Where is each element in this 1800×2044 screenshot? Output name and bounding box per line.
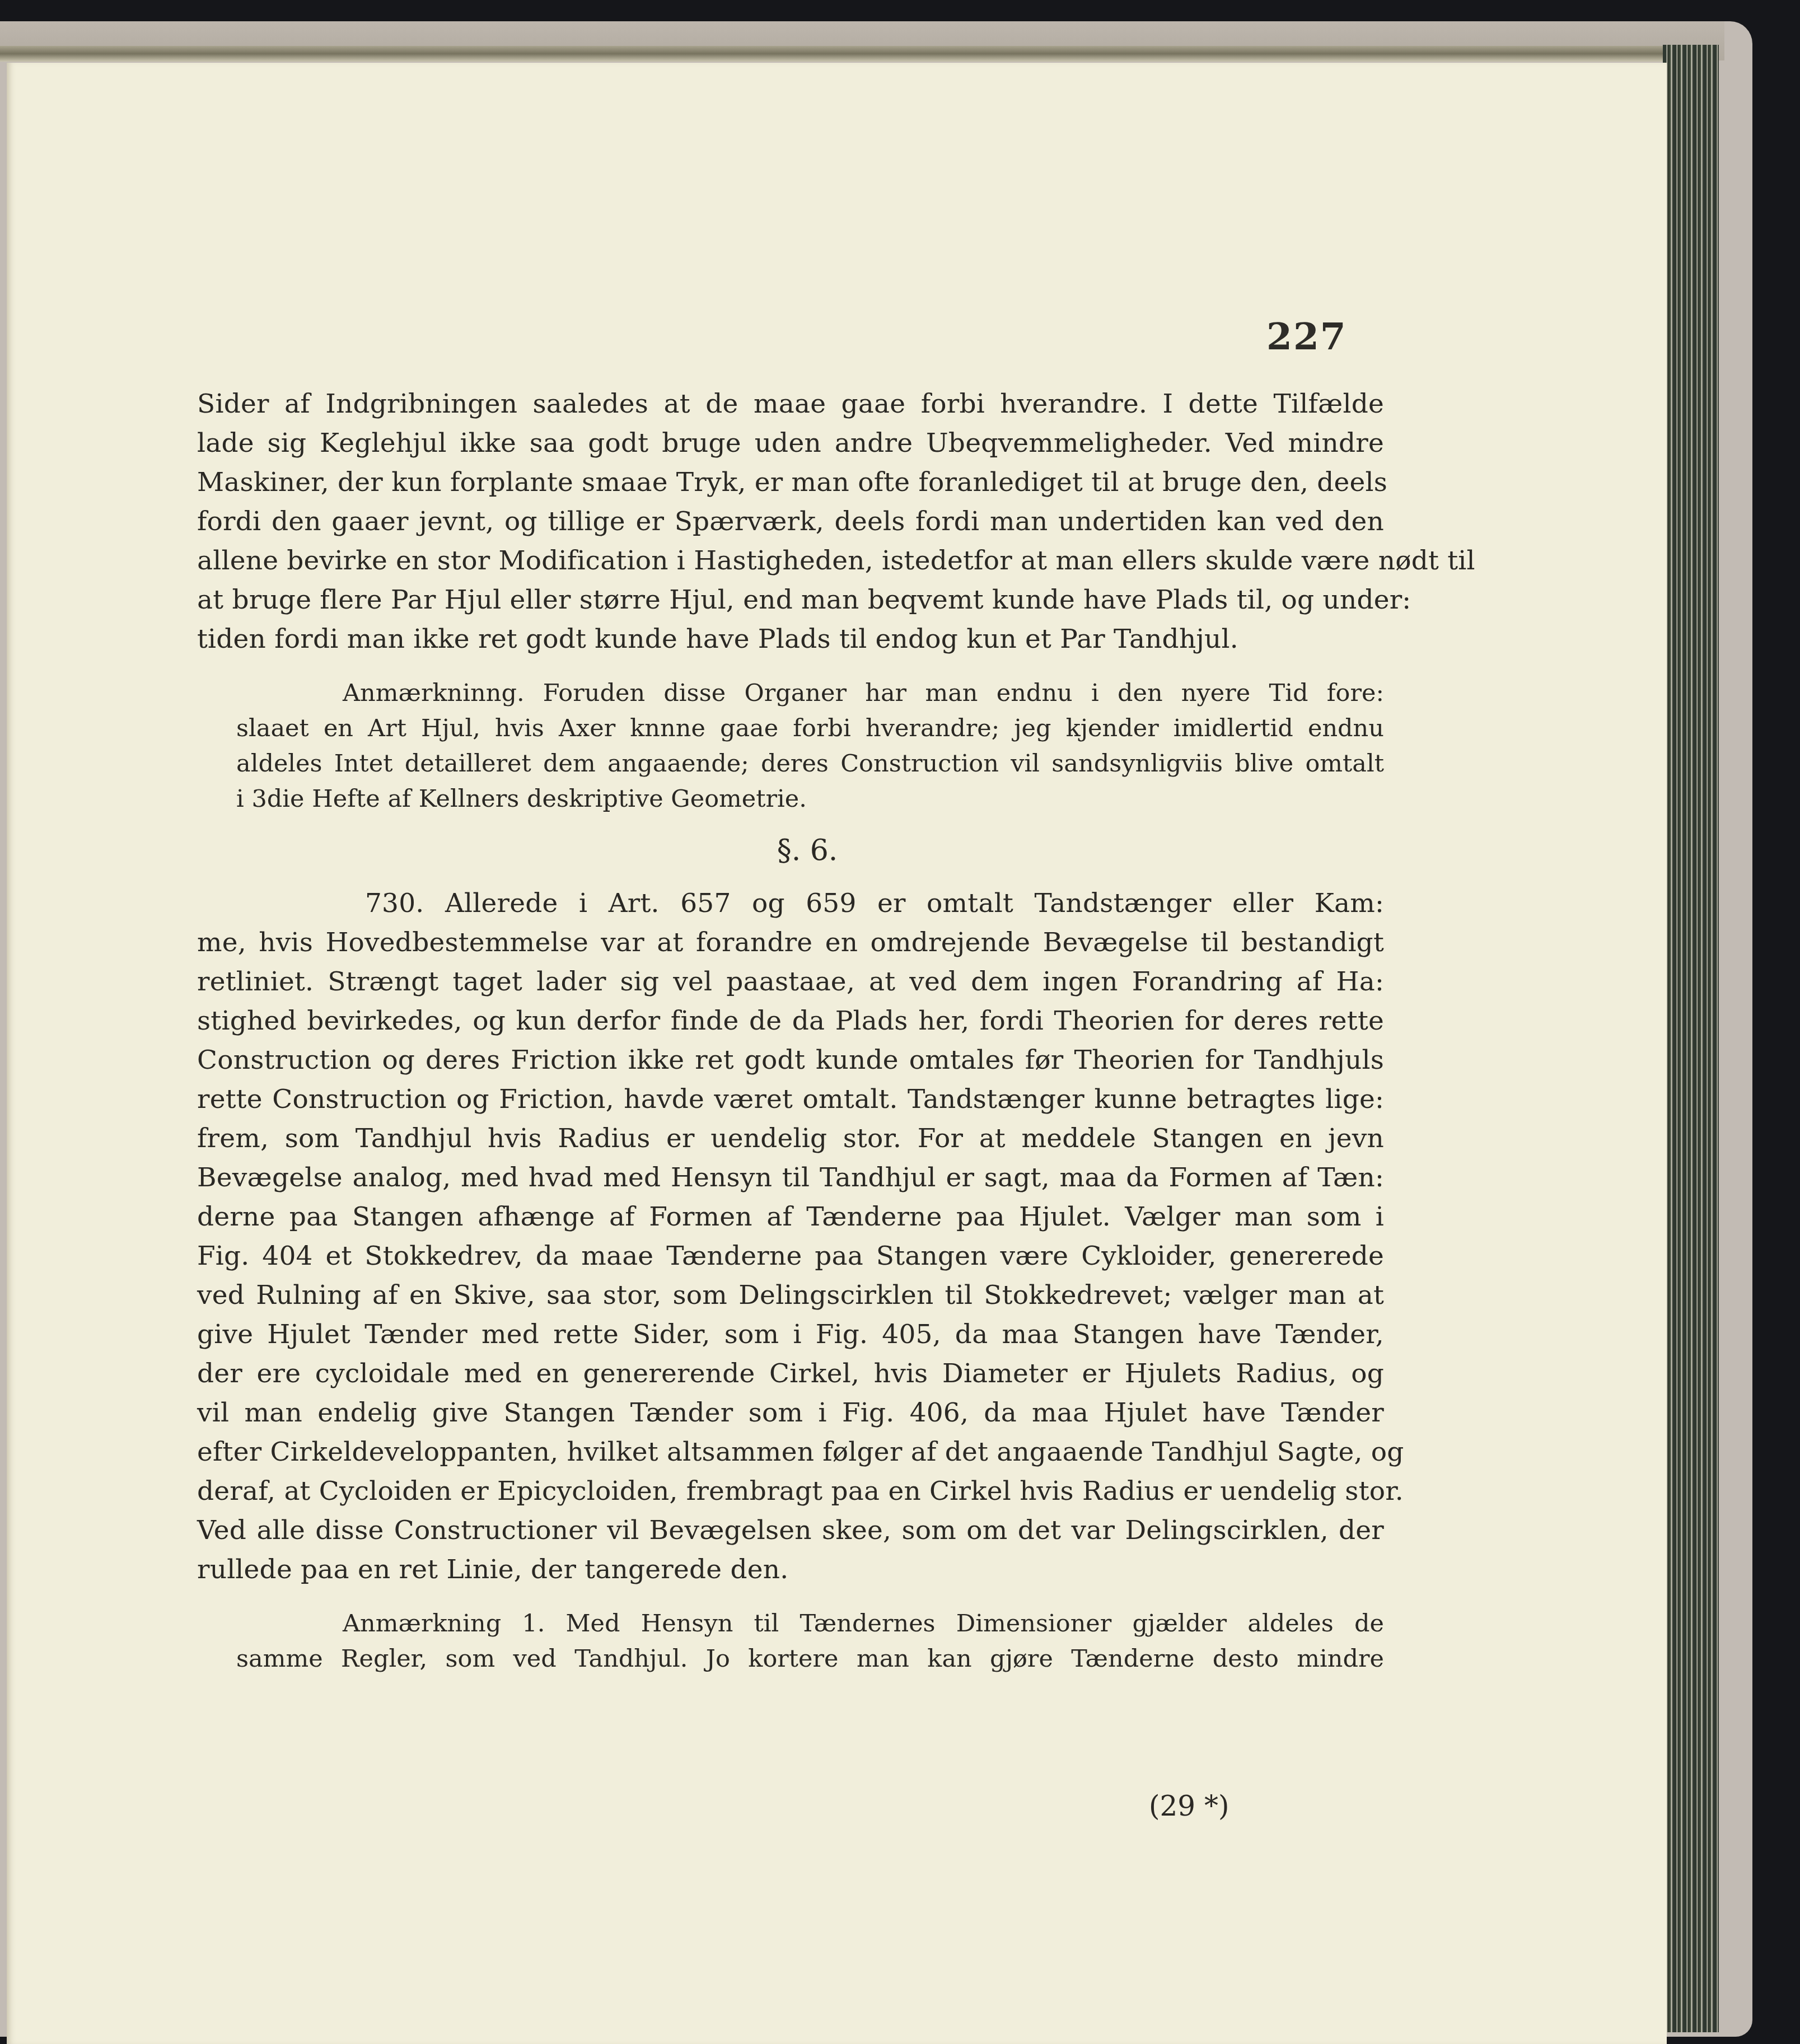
printer-signature-mark: (29 *)	[1149, 1790, 1229, 1822]
text-line: Bevægelse analog, med hvad med Hensyn ti…	[197, 1158, 1384, 1198]
text-line: me, hvis Hovedbestemmelse var at forandr…	[197, 923, 1384, 962]
text-line: 730. Allerede i Art. 657 og 659 er omtal…	[197, 884, 1384, 923]
text-line: derne paa Stangen afhænge af Formen af T…	[197, 1198, 1384, 1237]
spacer	[197, 659, 1384, 676]
note-line: i 3die Hefte af Kellners deskriptive Geo…	[197, 782, 1384, 817]
text-line: give Hjulet Tænder med rette Sider, som …	[197, 1315, 1384, 1354]
spacer	[197, 1589, 1384, 1606]
text-line: rullede paa en ret Linie, der tangerede …	[197, 1550, 1384, 1589]
note-line: slaaet en Art Hjul, hvis Axer knnne gaae…	[197, 711, 1384, 746]
text-line: rette Construction og Friction, havde væ…	[197, 1080, 1384, 1119]
note-line: samme Regler, som ved Tandhjul. Jo korte…	[197, 1641, 1384, 1677]
text-line: deraf, at Cycloiden er Epicycloiden, fre…	[197, 1472, 1384, 1511]
page-block-fore-edge	[1663, 45, 1719, 2032]
note-line: Anmærkning 1. Med Hensyn til Tændernes D…	[197, 1606, 1384, 1641]
text-line: frem, som Tandhjul hvis Radius er uendel…	[197, 1119, 1384, 1158]
page-block-top-edge	[0, 46, 1713, 62]
text-line: Maskiner, der kun forplante smaae Tryk, …	[197, 463, 1384, 502]
page-body: Sider af Indgribningen saaledes at de ma…	[197, 385, 1384, 1677]
text-line: Sider af Indgribningen saaledes at de ma…	[197, 385, 1384, 424]
text-line: at bruge flere Par Hjul eller større Hju…	[197, 581, 1384, 620]
text-line: Construction og deres Friction ikke ret …	[197, 1041, 1384, 1080]
text-line: allene bevirke en stor Modification i Ha…	[197, 541, 1384, 581]
section-heading: §. 6.	[197, 817, 1384, 884]
continued-paragraph: Sider af Indgribningen saaledes at de ma…	[197, 385, 1384, 659]
text-line: lade sig Keglehjul ikke saa godt bruge u…	[197, 424, 1384, 463]
text-line: fordi den gaaer jevnt, og tillige er Spæ…	[197, 502, 1384, 541]
text-line: Ved alle disse Constructioner vil Bevæge…	[197, 1511, 1384, 1550]
page-number: 227	[1266, 315, 1347, 358]
text-line: tiden fordi man ikke ret godt kunde have…	[197, 620, 1384, 659]
note-line: aldeles Intet detailleret dem angaaende;…	[197, 746, 1384, 782]
note-line: Anmærkninng. Foruden disse Organer har m…	[197, 676, 1384, 711]
text-line: efter Cirkeldeveloppanten, hvilket altsa…	[197, 1433, 1384, 1472]
text-line: stighed bevirkedes, og kun derfor finde …	[197, 1002, 1384, 1041]
text-line: Fig. 404 et Stokkedrev, da maae Tænderne…	[197, 1237, 1384, 1276]
remark-note-1: Anmærkning 1. Med Hensyn til Tændernes D…	[197, 1606, 1384, 1677]
text-line: vil man endelig give Stangen Tænder som …	[197, 1393, 1384, 1433]
text-line: ved Rulning af en Skive, saa stor, som D…	[197, 1276, 1384, 1315]
book-page: 227 Sider af Indgribningen saaledes at d…	[7, 63, 1667, 2044]
text-line: der ere cycloidale med en genererende Ci…	[197, 1354, 1384, 1393]
article-730: 730. Allerede i Art. 657 og 659 er omtal…	[197, 884, 1384, 1589]
text-line: retliniet. Strængt taget lader sig vel p…	[197, 962, 1384, 1002]
remark-note: Anmærkninng. Foruden disse Organer har m…	[197, 676, 1384, 817]
